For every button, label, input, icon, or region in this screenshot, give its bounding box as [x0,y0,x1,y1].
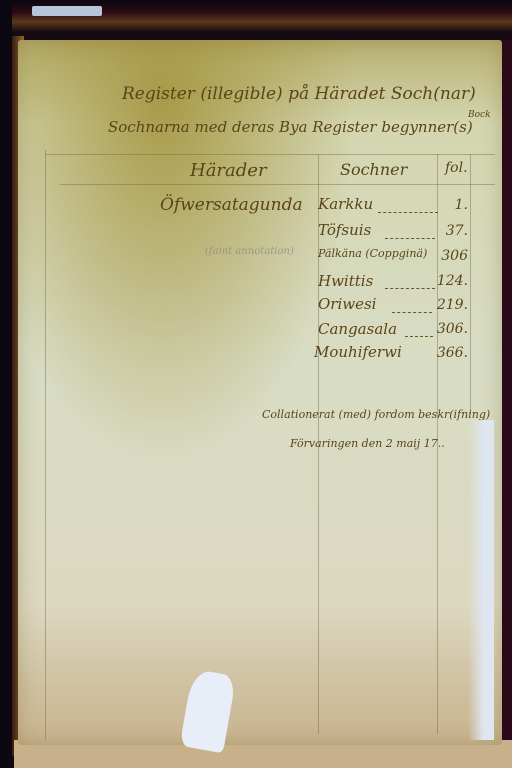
column-divider-right [470,154,471,414]
margin-line-left [45,150,46,740]
header-rule [45,154,495,155]
manuscript-page [18,40,502,745]
table-row-folio: 306 [428,248,468,264]
table-row-folio: 366. [428,345,468,361]
column-header-sochner: Sochner [340,160,407,179]
table-row-parish: Mouhiferwi [314,343,402,361]
table-row-parish: Karkku [318,195,373,213]
mount-tab [32,6,102,16]
harad-name: Öfwersatagunda [160,195,303,215]
table-row-parish: Cangasala [318,320,397,338]
collation-remark-line-1: Collationerat (med) fordom beskr(ifning) [262,408,490,421]
paper-damage-right [468,420,494,740]
table-row-folio: 306. [428,321,468,337]
collation-remark-line-2: Förvaringen den 2 maij 17.. [290,437,445,450]
table-row-folio: 1. [428,197,468,213]
table-row-folio: 124. [428,273,468,289]
table-row-parish: Oriwesi [318,295,376,313]
column-header-harader: Härader [190,160,267,181]
table-row-parish: Hwittis [318,272,373,290]
table-row-folio: 37. [428,223,468,239]
margin-note: Bock [468,110,491,120]
table-row-parish: Pälkäna (Coppginä) [318,247,427,260]
column-rule-heads [60,184,495,185]
faint-annotation: (faint annotation) [205,246,294,257]
table-row-parish: Töfsuis [318,221,371,239]
title-line-1: Register (illegible) på Häradet Soch(nar… [122,84,476,104]
table-row-folio: 219. [428,297,468,313]
dotted-leader [392,312,432,313]
column-header-folio: fol. [445,160,468,176]
title-line-2: Sochnarna med deras Bya Register begynne… [108,118,473,136]
